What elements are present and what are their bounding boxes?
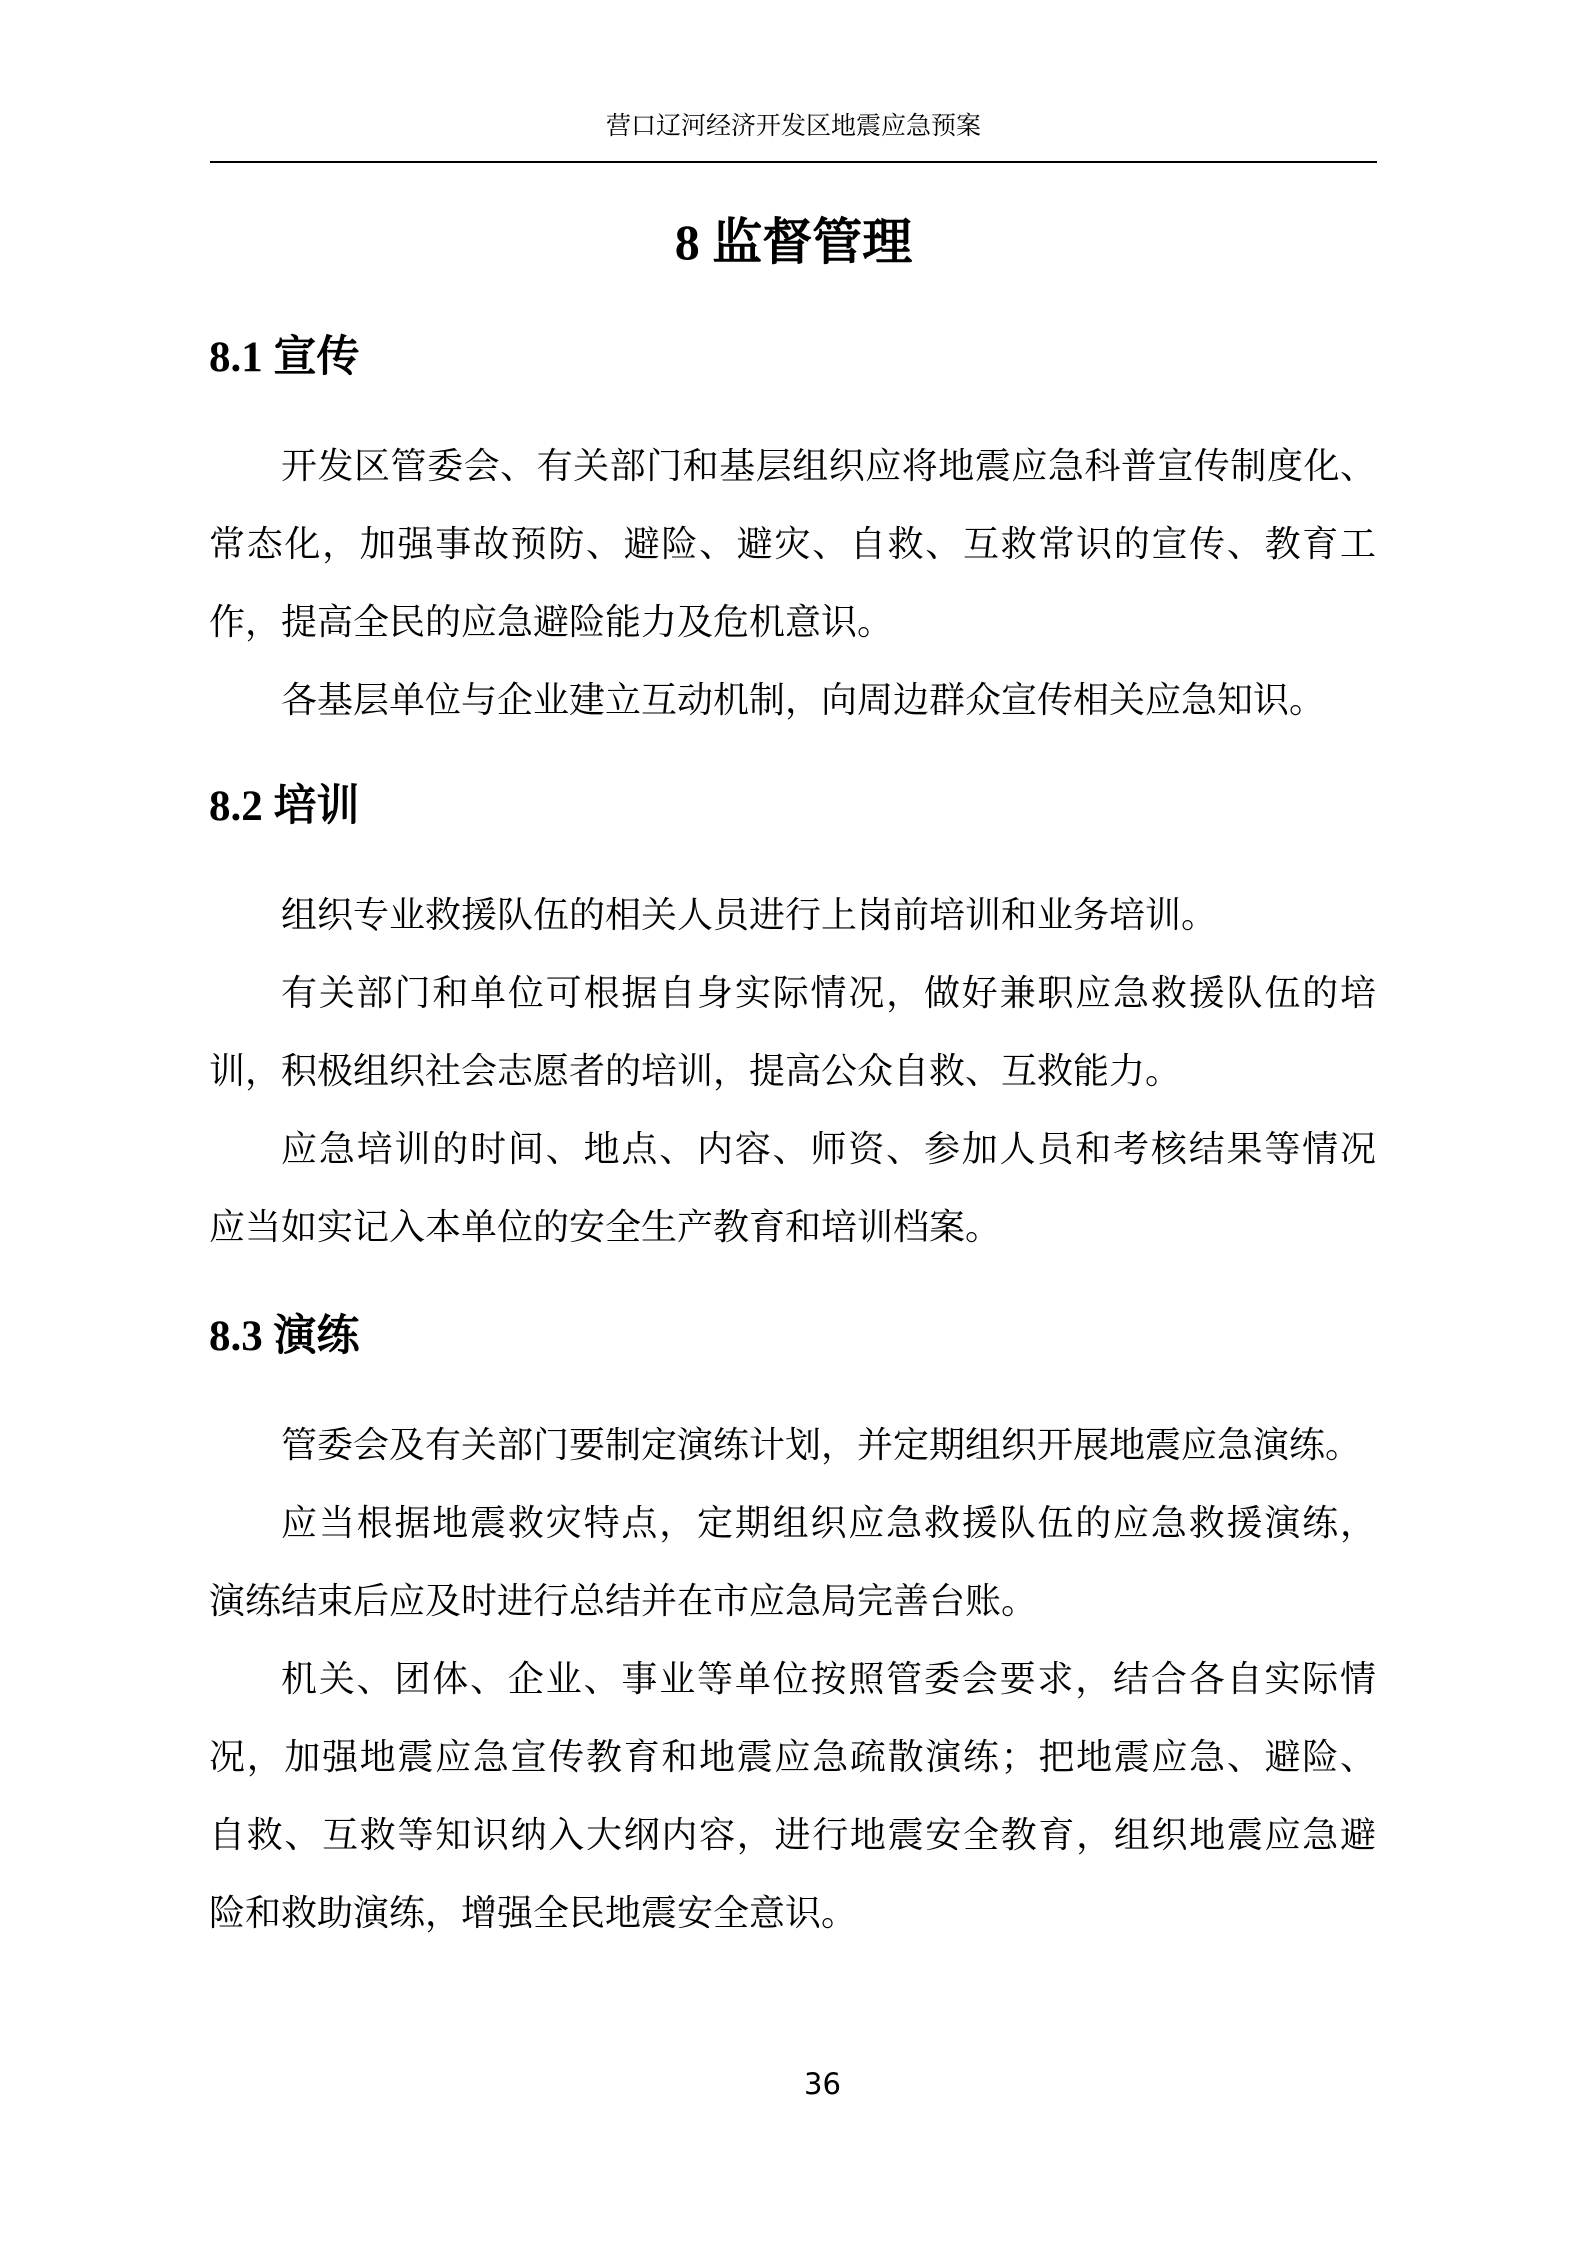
section-8.3: 8.3 演练管委会及有关部门要制定演练计划，并定期组织开展地震应急演练。应当根据… <box>209 1312 1376 1952</box>
section-heading: 8.3 演练 <box>209 1312 1376 1362</box>
paragraph-line: 管委会及有关部门要制定演练计划，并定期组织开展地震应急演练。 <box>209 1406 1376 1484</box>
paragraph-line: 应当如实记入本单位的安全生产教育和培训档案。 <box>209 1188 1376 1266</box>
section-paragraphs: 管委会及有关部门要制定演练计划，并定期组织开展地震应急演练。应当根据地震救灾特点… <box>209 1406 1376 1952</box>
paragraph-line: 组织专业救援队伍的相关人员进行上岗前培训和业务培训。 <box>209 876 1376 954</box>
section-heading: 8.1 宣传 <box>209 333 1376 383</box>
paragraph-line: 训，积极组织社会志愿者的培训，提高公众自救、互救能力。 <box>209 1032 1376 1110</box>
section-paragraphs: 组织专业救援队伍的相关人员进行上岗前培训和业务培训。有关部门和单位可根据自身实际… <box>209 876 1376 1266</box>
paragraph-line: 机关、团体、企业、事业等单位按照管委会要求，结合各自实际情 <box>209 1640 1376 1718</box>
paragraph-line: 应当根据地震救灾特点，定期组织应急救援队伍的应急救援演练， <box>209 1484 1376 1562</box>
paragraph-line: 演练结束后应及时进行总结并在市应急局完善台账。 <box>209 1562 1376 1640</box>
page-number: 36 <box>804 2066 841 2102</box>
section-8.2: 8.2 培训组织专业救援队伍的相关人员进行上岗前培训和业务培训。有关部门和单位可… <box>209 782 1376 1266</box>
paragraph-line: 有关部门和单位可根据自身实际情况，做好兼职应急救援队伍的培 <box>209 954 1376 1032</box>
paragraph-line: 作，提高全民的应急避险能力及危机意识。 <box>209 583 1376 661</box>
paragraph-line: 况，加强地震应急宣传教育和地震应急疏散演练；把地震应急、避险、 <box>209 1718 1376 1796</box>
paragraph-line: 常态化，加强事故预防、避险、避灾、自救、互救常识的宣传、教育工 <box>209 505 1376 583</box>
paragraph-line: 自救、互救等知识纳入大纲内容，进行地震安全教育，组织地震应急避 <box>209 1796 1376 1874</box>
document-body: 8.1 宣传开发区管委会、有关部门和基层组织应将地震应急科普宣传制度化、常态化，… <box>209 0 1376 1952</box>
section-8.1: 8.1 宣传开发区管委会、有关部门和基层组织应将地震应急科普宣传制度化、常态化，… <box>209 333 1376 739</box>
paragraph-line: 各基层单位与企业建立互动机制，向周边群众宣传相关应急知识。 <box>209 661 1376 739</box>
document-page: 营口辽河经济开发区地震应急预案 8 监督管理 8.1 宣传开发区管委会、有关部门… <box>0 0 1587 2245</box>
section-heading: 8.2 培训 <box>209 782 1376 832</box>
paragraph-line: 险和救助演练，增强全民地震安全意识。 <box>209 1874 1376 1952</box>
section-paragraphs: 开发区管委会、有关部门和基层组织应将地震应急科普宣传制度化、常态化，加强事故预防… <box>209 427 1376 739</box>
paragraph-line: 应急培训的时间、地点、内容、师资、参加人员和考核结果等情况 <box>209 1110 1376 1188</box>
paragraph-line: 开发区管委会、有关部门和基层组织应将地震应急科普宣传制度化、 <box>209 427 1376 505</box>
